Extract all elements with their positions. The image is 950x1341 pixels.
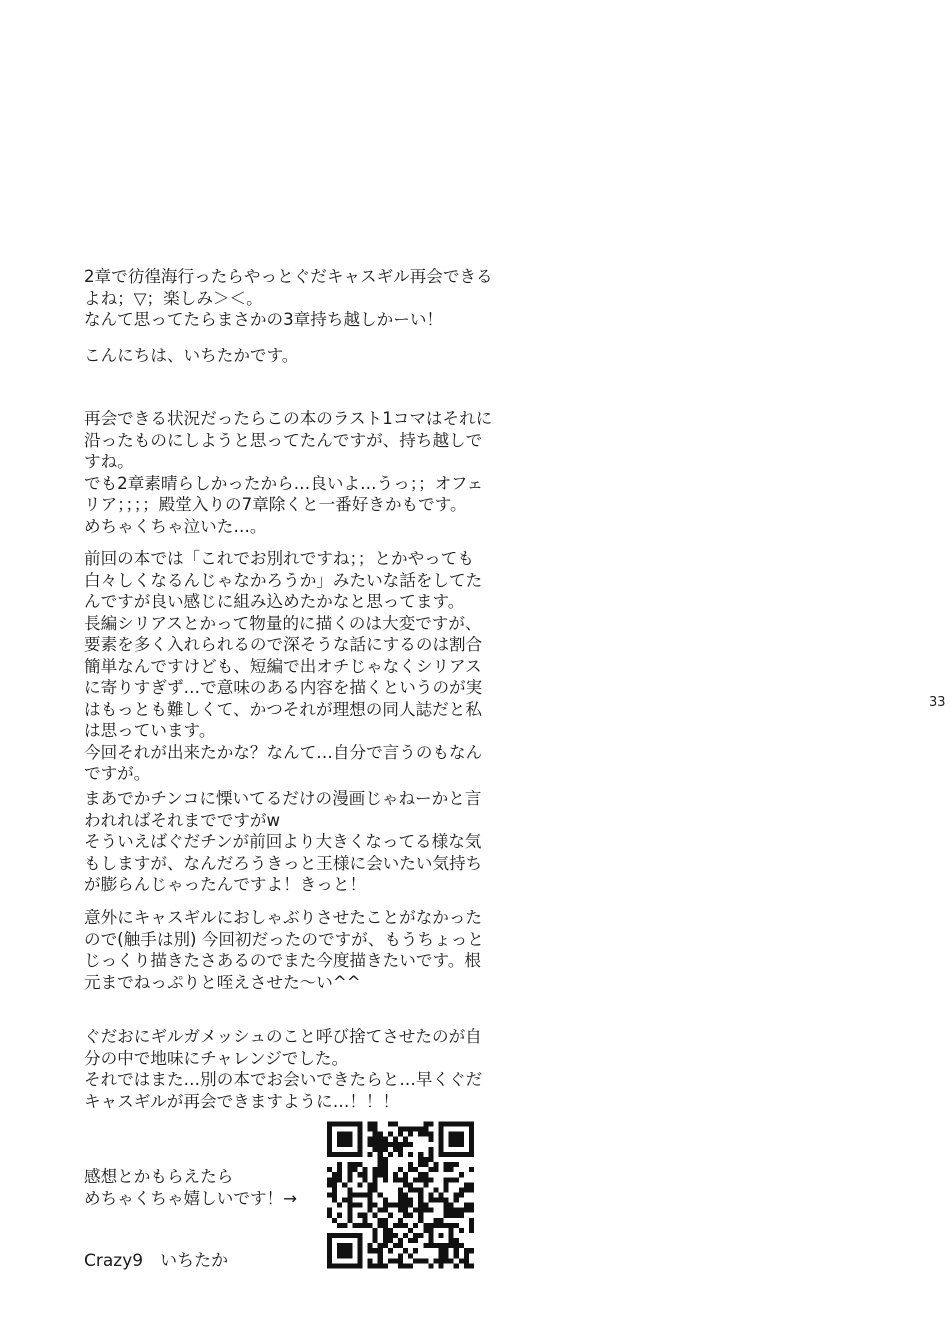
afterword-paragraph-3: 再会できる状況だったらこの本のラスト1コマはそれに沿ったものにしようと思ってたん… [84, 408, 514, 537]
text-line: 長編シリアスとかって物量的に描くのは大変ですが、 [84, 613, 514, 635]
text-line: ぐだおにギルガメッシュのこと呼び捨てさせたのが自 [84, 1026, 514, 1048]
text-line: 再会できる状況だったらこの本のラスト1コマはそれに [84, 408, 514, 430]
text-line: めちゃくちゃ泣いた…。 [84, 516, 514, 538]
text-line: こんにちは、いちたかです。 [84, 345, 514, 367]
afterword-paragraph-2: こんにちは、いちたかです。 [84, 345, 514, 367]
text-line: は思っています。 [84, 720, 514, 742]
text-line: じっくり描きたさあるのでまた今度描きたいです。根 [84, 950, 514, 972]
text-line: 前回の本では「これでお別れですね；；とかやっても [84, 548, 514, 570]
text-line: ので(触手は別) 今回初だったのですが、もうちょっと [84, 929, 514, 951]
text-line: 要素を多く入れられるので深そうな話にするのは割合 [84, 634, 514, 656]
text-line: われればそれまでですがw [84, 810, 514, 832]
text-line: 白々しくなるんじゃなかろうか」みたいな話をしてた [84, 570, 514, 592]
page-number: 33 [929, 695, 946, 710]
afterword-paragraph-1: 2章で彷徨海行ったらやっとぐだキャスギル再会できるよね；▽；楽しみ＞＜。なんて思… [84, 266, 514, 331]
afterword-paragraph-7: ぐだおにギルガメッシュのこと呼び捨てさせたのが自分の中で地味にチャレンジでした。… [84, 1026, 514, 1112]
circle-credit: Crazy9 いちたか [84, 1246, 228, 1271]
text-line: 簡単なんですけども、短編で出オチじゃなくシリアス [84, 656, 514, 678]
text-line: リア；；；；殿堂入りの7章除くと一番好きかもです。 [84, 494, 514, 516]
text-line: でも2章素晴らしかったから…良いよ…うっ；；オフェ [84, 473, 514, 495]
text-line: はもっとも難しくて、かつそれが理想の同人誌だと私 [84, 699, 514, 721]
text-line: もしますが、なんだろうきっと王様に会いたい気持ち [84, 853, 514, 875]
text-line: 2章で彷徨海行ったらやっとぐだキャスギル再会できる [84, 266, 514, 288]
text-line: が膨らんじゃったんですよ！きっと！ [84, 874, 514, 896]
text-line: すね。 [84, 451, 514, 473]
afterword-paragraph-4: 前回の本では「これでお別れですね；；とかやっても白々しくなるんじゃなかろうか」み… [84, 548, 514, 785]
text-line: それではまた…別の本でお会いできたらと…早くぐだ [84, 1069, 514, 1091]
text-line: 沿ったものにしようと思ってたんですが、持ち越しで [84, 430, 514, 452]
text-line: 分の中で地味にチャレンジでした。 [84, 1048, 514, 1070]
text-line: なんて思ってたらまさかの3章持ち越しかーい！ [84, 309, 514, 331]
text-line: 元までねっぷりと咥えさせた〜い^^ [84, 972, 514, 994]
afterword-paragraph-5: まあでかチンコに慄いてるだけの漫画じゃねーかと言われればそれまでですがwそういえ… [84, 788, 514, 896]
text-line: まあでかチンコに慄いてるだけの漫画じゃねーかと言 [84, 788, 514, 810]
afterword-page: 2章で彷徨海行ったらやっとぐだキャスギル再会できるよね；▽；楽しみ＞＜。なんて思… [0, 0, 950, 1341]
text-line: ですが。 [84, 763, 514, 785]
text-line: んですが良い感じに組み込めたかなと思ってます。 [84, 591, 514, 613]
text-line: そういえばぐだチンが前回より大きくなってる様な気 [84, 831, 514, 853]
qr-code-icon [327, 1121, 474, 1269]
text-line: キャスギルが再会できますように…！！！ [84, 1091, 514, 1113]
text-line: に寄りすぎず…で意味のある内容を描くというのが実 [84, 677, 514, 699]
afterword-paragraph-6: 意外にキャスギルにおしゃぶりさせたことがなかったので(触手は別) 今回初だったの… [84, 907, 514, 993]
text-line: 意外にキャスギルにおしゃぶりさせたことがなかった [84, 907, 514, 929]
text-line: 今回それが出来たかな？なんて…自分で言うのもなん [84, 742, 514, 764]
text-line: よね；▽；楽しみ＞＜。 [84, 288, 514, 310]
